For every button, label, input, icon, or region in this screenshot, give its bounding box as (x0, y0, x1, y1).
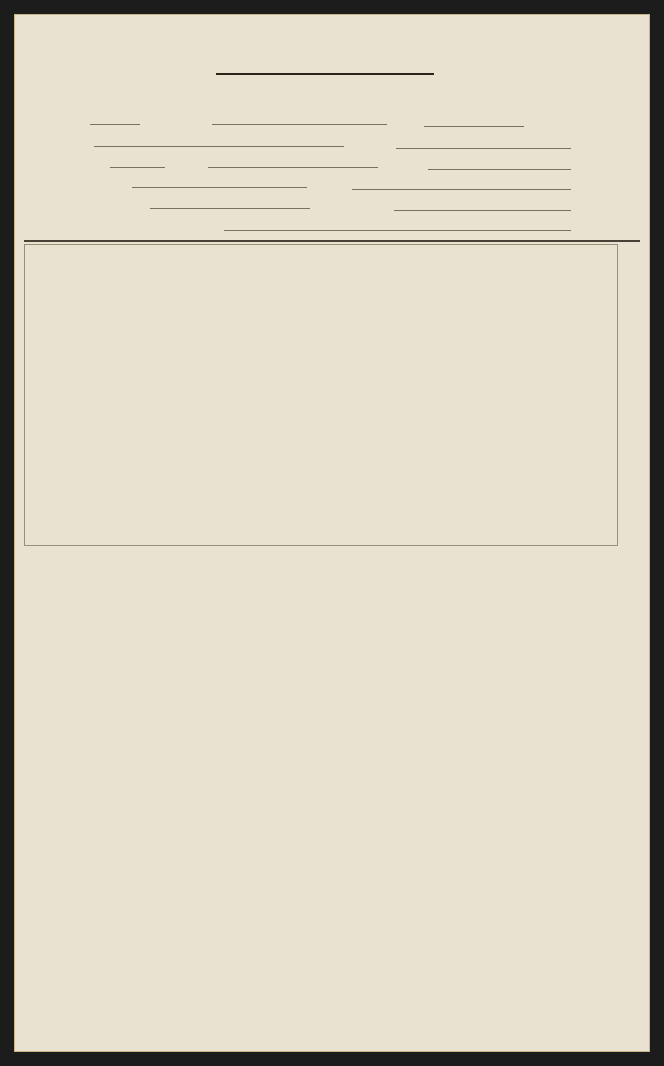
when-built-line (428, 169, 571, 170)
master-line (396, 148, 571, 149)
port-belonging-line (150, 208, 310, 209)
survey-held-line (212, 124, 387, 125)
section-divider (24, 240, 640, 242)
owners-line (352, 189, 571, 190)
ship-line (94, 146, 344, 147)
afloat-line (224, 230, 571, 231)
date-line (424, 126, 524, 127)
by-whom-built-line (132, 187, 307, 188)
tonnage-line (110, 167, 165, 168)
title-rule (216, 73, 434, 75)
destined-voyage-line (394, 210, 571, 211)
no-line (90, 124, 140, 125)
condition-box-1 (24, 244, 618, 546)
built-at-line (208, 167, 378, 168)
